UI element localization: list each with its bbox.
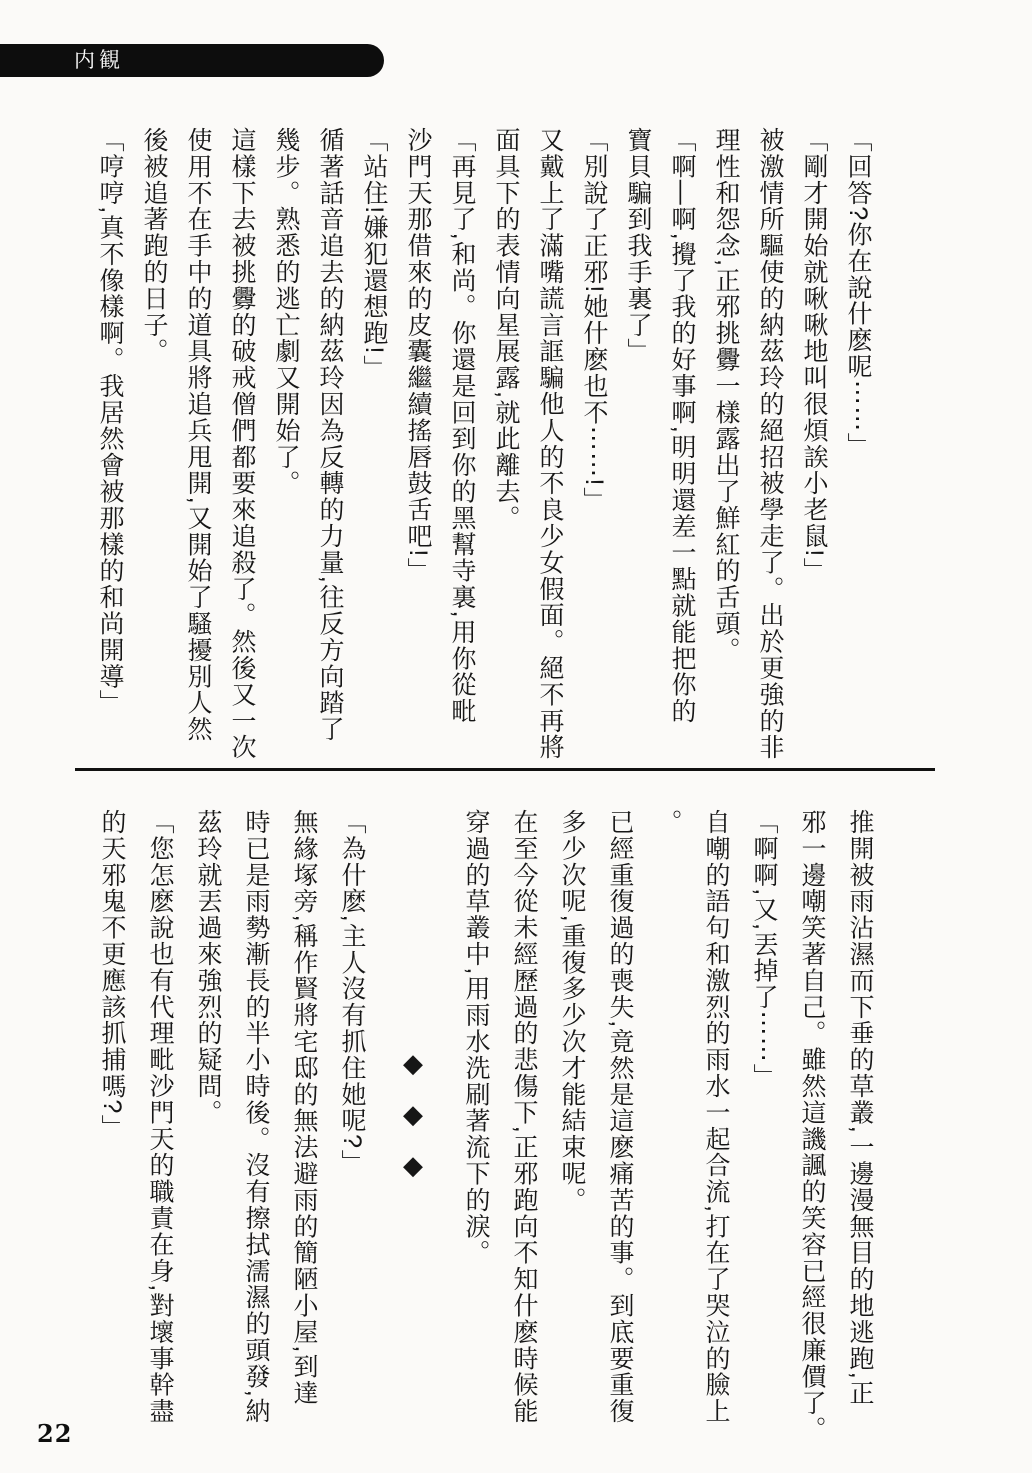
header-title: 内観 [0,50,124,71]
lower-text-block: 推開被雨沾濕而下垂的草叢,一邊漫無目的地逃跑,正邪一邊嘲笑著自己。雖然這譏諷的笑… [88,809,884,1453]
text-column: 茲玲就丟過來強烈的疑問。 [184,809,232,1453]
text-column: 「啊—啊,攪了我的好事啊,明明還差一點就能把你的 [660,127,704,763]
text-column: 已經重復過的喪失,竟然是這麽痛苦的事。到底要重復 [596,809,644,1453]
section-break-diamonds: ◆◆◆ [390,809,438,1453]
text-column: 多少次呢,重復多少次才能結束呢。 [548,809,596,1453]
page-number: 22 [37,1419,72,1448]
text-column: 無緣塚旁,稱作賢將宅邸的無法避雨的簡陋小屋,到達 [280,809,328,1453]
text-column: 面具下的表情向星展露,就此離去。 [484,127,528,763]
text-column: 時已是雨勢漸長的半小時後。沒有擦拭濡濕的頭發,納 [232,809,280,1453]
text-column: 「站住!嫌犯還想跑!」 [352,127,396,763]
text-column: 邪一邊嘲笑著自己。雖然這譏諷的笑容已經很廉價了。 [788,809,836,1453]
text-column: 又戴上了滿嘴謊言誆騙他人的不良少女假面。絕不再將 [528,127,572,763]
text-column: 理性和怨念,正邪挑釁一樣露出了鮮紅的舌頭。 [704,127,748,763]
text-column: 「再見了,和尚。你還是回到你的黑幫寺裏,用你從毗 [440,127,484,763]
text-column: 的天邪鬼不更應該抓捕嗎?」 [88,809,136,1453]
upper-text-block: 「回答?你在說什麽呢⋯⋯」「剛才開始就啾啾地叫很煩誒小老鼠!」被激情所驅使的納茲… [88,127,880,763]
text-column: 「您怎麽說也有代理毗沙門天的職責在身,對壞事幹盡 [136,809,184,1453]
text-column: 「剛才開始就啾啾地叫很煩誒小老鼠!」 [792,127,836,763]
text-column: 這樣下去被挑釁的破戒僧們都要來追殺了。然後又一次 [220,127,264,763]
header-bar: 内観 [0,44,384,77]
text-column: 後被追著跑的日子。 [132,127,176,763]
text-column: 。 [644,809,692,1453]
text-column: 推開被雨沾濕而下垂的草叢,一邊漫無目的地逃跑,正 [836,809,884,1453]
scanned-book-page: { "page": { "header_title": "内観", "page_… [0,0,1032,1473]
text-column: 「哼哼,真不像樣啊。我居然會被那樣的和尚開導」 [88,127,132,763]
section-divider-line [75,768,935,771]
text-column: 循著話音追去的納茲玲因為反轉的力量,往反方向踏了 [308,127,352,763]
text-column: 沙門天那借來的皮囊繼續搖唇鼓舌吧!」 [396,127,440,763]
text-column: 自嘲的語句和激烈的雨水一起合流,打在了哭泣的臉上 [692,809,740,1453]
text-column: 「啊啊,又,丟掉了⋯⋯」 [740,809,788,1453]
text-column: 幾步。熟悉的逃亡劇又開始了。 [264,127,308,763]
text-column: 使用不在手中的道具將追兵甩開,又開始了騷擾別人然 [176,127,220,763]
text-column: 「回答?你在說什麽呢⋯⋯」 [836,127,880,763]
text-column: 「為什麽,主人沒有抓住她呢?」 [328,809,376,1453]
text-column: 在至今從未經歷過的悲傷下,正邪跑向不知什麽時候能 [500,809,548,1453]
text-column: 穿過的草叢中,用雨水洗刷著流下的淚。 [452,809,500,1453]
text-column: 「別說了正邪!她什麽也不⋯⋯!」 [572,127,616,763]
text-column: 被激情所驅使的納茲玲的絕招被學走了。出於更強的非 [748,127,792,763]
text-column: 寶貝騙到我手裏了」 [616,127,660,763]
